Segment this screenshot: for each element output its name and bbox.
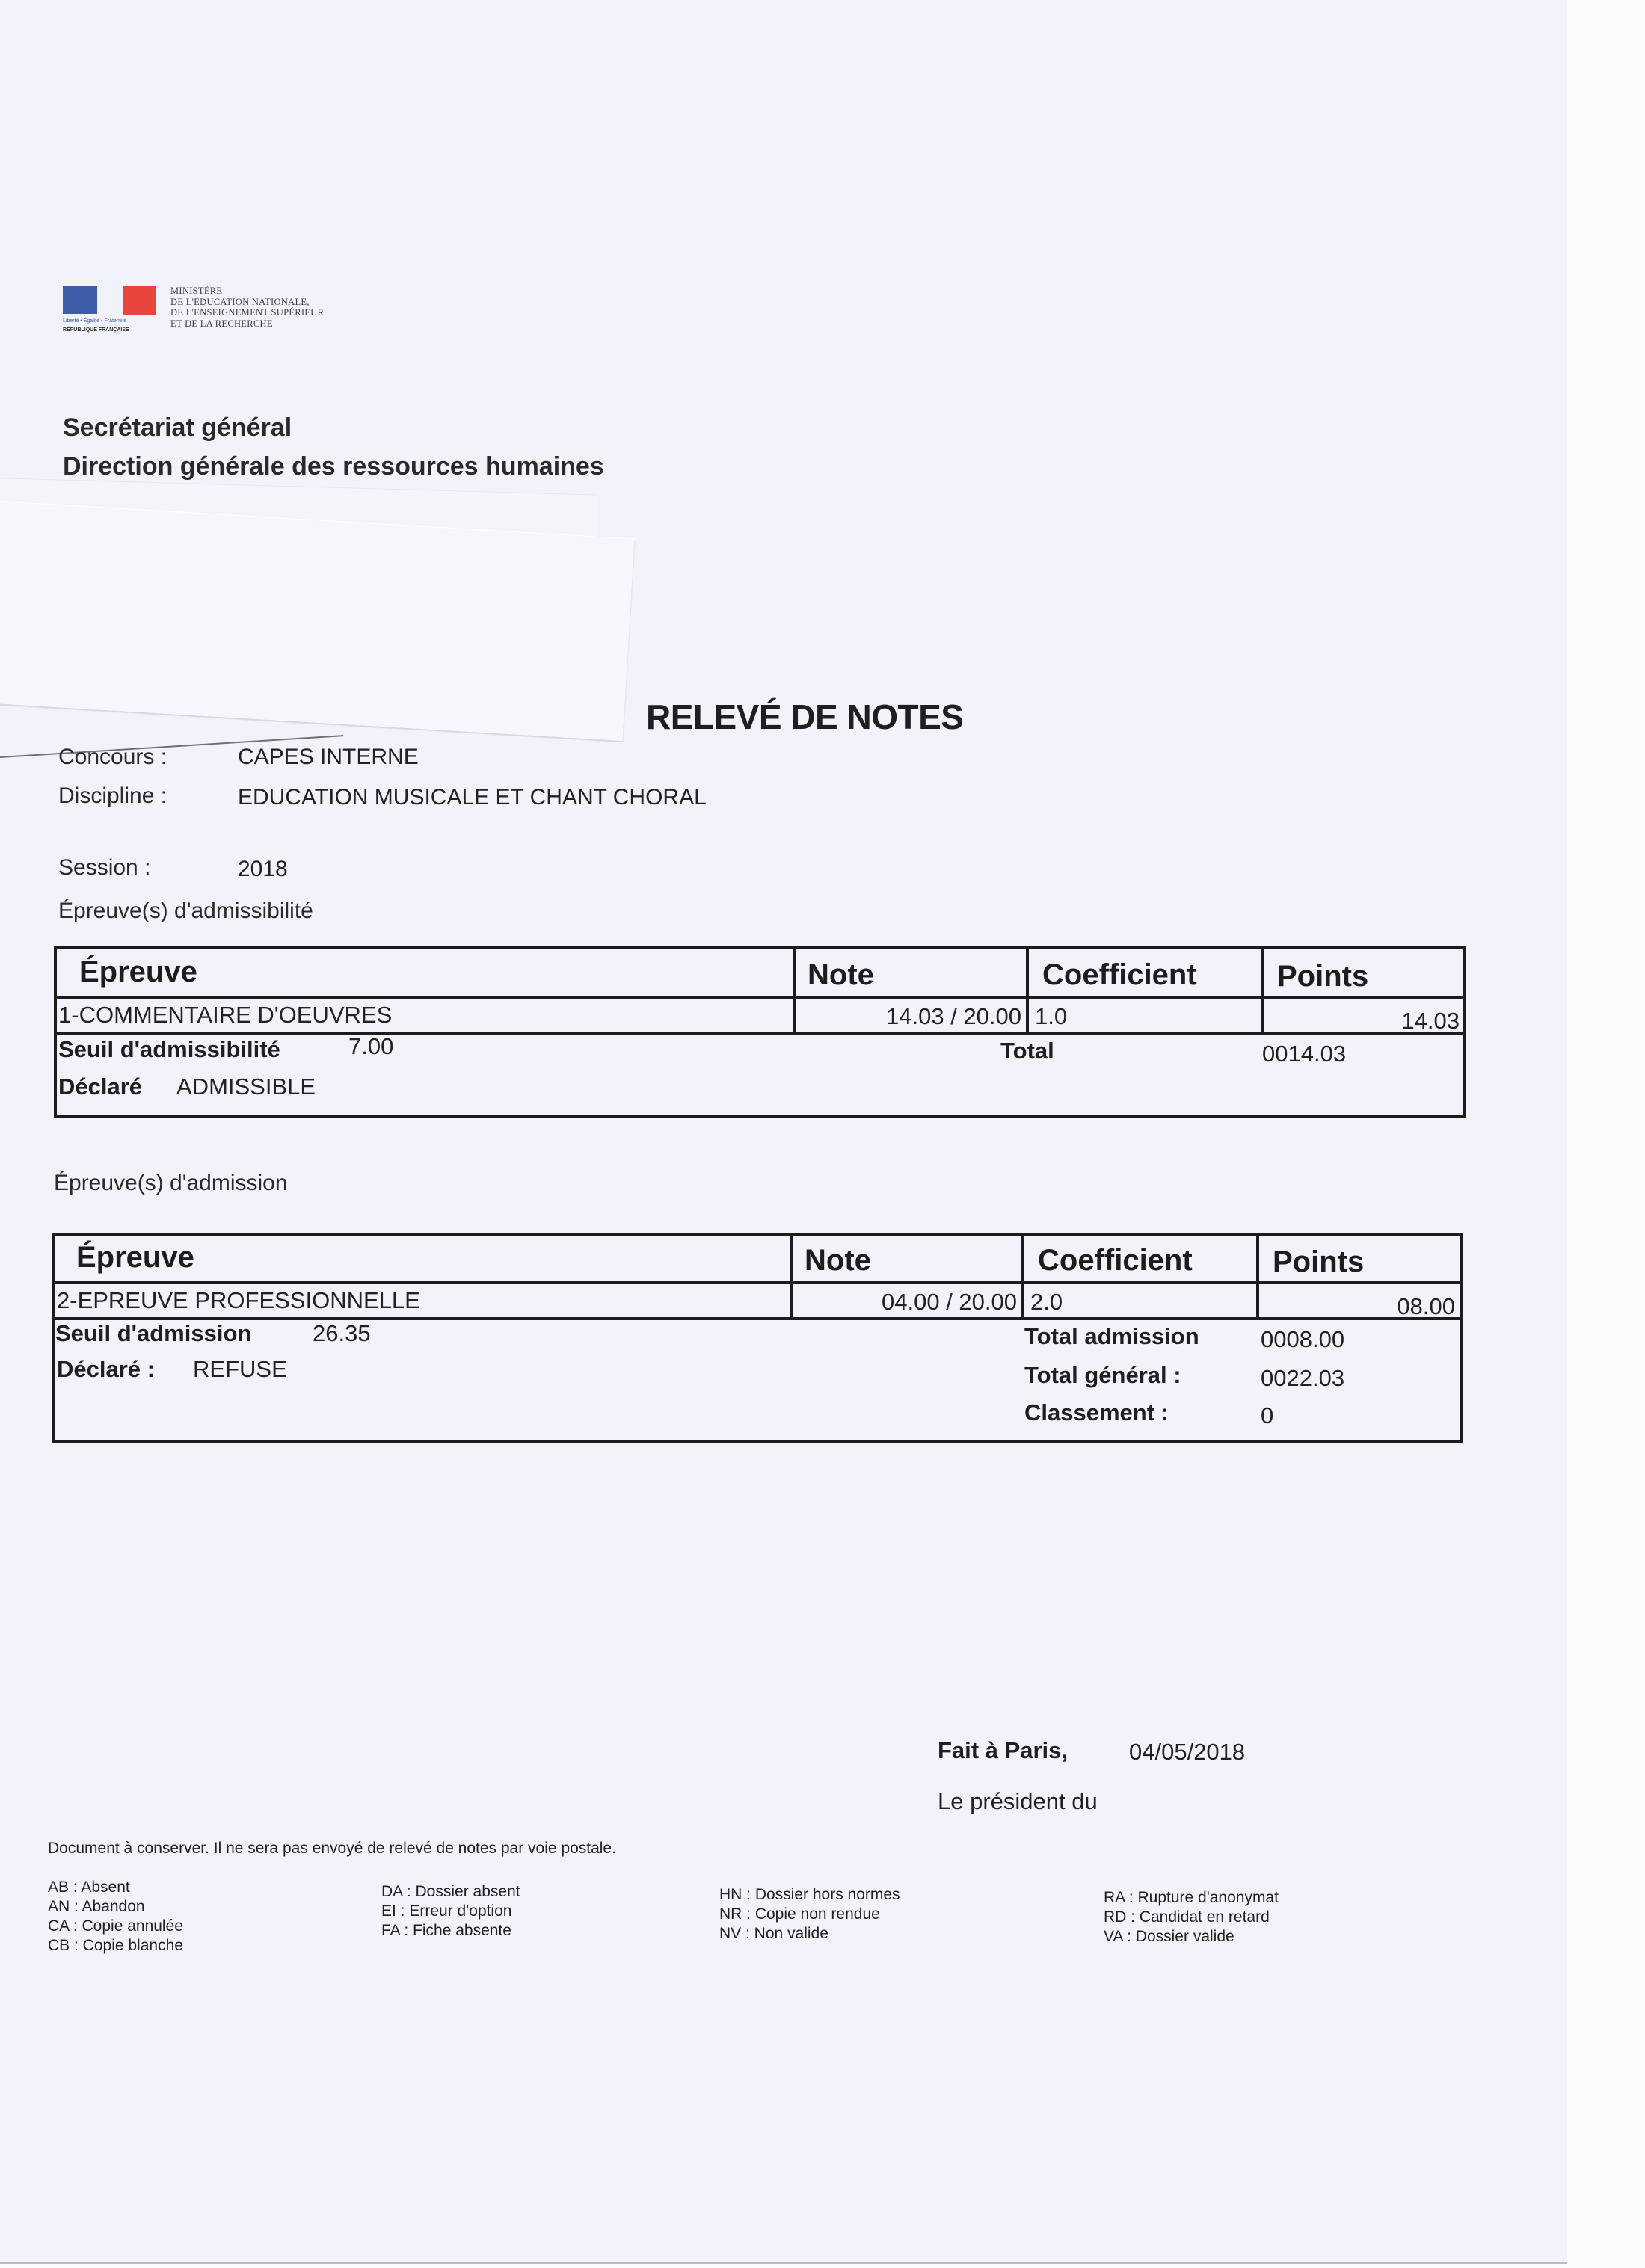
table-col-divider <box>1021 1236 1024 1317</box>
discipline-value: EDUCATION MUSICALE ET CHANT CHORAL <box>238 785 707 810</box>
header-note: Note <box>805 1244 871 1278</box>
cell-points: 14.03 <box>1264 1008 1460 1035</box>
declare-label: Déclaré : <box>57 1356 155 1383</box>
signatory: Le président du <box>938 1788 1098 1815</box>
seuil-label: Seuil d'admission <box>55 1320 251 1347</box>
session-value: 2018 <box>238 857 288 882</box>
legend-column-1: AB : Absent AN : Abandon CA : Copie annu… <box>48 1878 183 1956</box>
signature-date: 04/05/2018 <box>1129 1739 1245 1766</box>
table-divider <box>55 1281 1460 1284</box>
org-line-1: Secrétariat général <box>63 413 292 443</box>
fait-a-paris-label: Fait à Paris, <box>938 1737 1068 1764</box>
legend-item: VA : Dossier valide <box>1104 1927 1279 1947</box>
classement-value: 0 <box>1261 1402 1273 1429</box>
header-coefficient: Coefficient <box>1042 958 1197 992</box>
legend-column-4: RA : Rupture d'anonymat RD : Candidat en… <box>1104 1888 1279 1947</box>
page-bottom-edge <box>0 2262 1567 2264</box>
declare-value: ADMISSIBLE <box>176 1073 316 1100</box>
marianne-logo: Liberté • Égalité • Fraternité RÉPUBLIQU… <box>63 286 156 338</box>
cell-note: 04.00 / 20.00 <box>793 1289 1017 1316</box>
seuil-value: 7.00 <box>348 1033 393 1060</box>
total-admission-value: 0008.00 <box>1261 1326 1344 1353</box>
admissibilite-table: Épreuve Note Coefficient Points 1-COMMEN… <box>54 946 1466 1118</box>
seuil-value: 26.35 <box>313 1320 371 1347</box>
footer-notice: Document à conserver. Il ne sera pas env… <box>48 1839 616 1858</box>
header-points: Points <box>1277 960 1368 993</box>
legend-item: CB : Copie blanche <box>48 1936 183 1956</box>
ministry-name: MINISTÈRE DE L'ÉDUCATION NATIONALE, DE L… <box>170 286 324 329</box>
cell-points: 08.00 <box>1259 1293 1455 1320</box>
declare-label: Déclaré <box>58 1073 142 1100</box>
session-label: Session : <box>58 855 150 881</box>
cell-note: 14.03 / 20.00 <box>796 1003 1021 1030</box>
ministry-line: DE L'ENSEIGNEMENT SUPÉRIEUR <box>170 307 324 318</box>
header-note: Note <box>808 958 874 992</box>
header-epreuve: Épreuve <box>79 955 197 989</box>
classement-label: Classement : <box>1024 1399 1169 1426</box>
concours-label: Concours : <box>58 745 167 770</box>
cell-coefficient: 2.0 <box>1030 1289 1063 1316</box>
total-value: 0014.03 <box>1262 1041 1346 1067</box>
legend-item: AN : Abandon <box>48 1897 183 1917</box>
page-title: RELEVÉ DE NOTES <box>646 697 963 737</box>
cell-coefficient: 1.0 <box>1035 1003 1067 1030</box>
concours-value: CAPES INTERNE <box>238 745 419 770</box>
header-coefficient: Coefficient <box>1038 1244 1193 1278</box>
admission-section-title: Épreuve(s) d'admission <box>54 1171 288 1196</box>
legend-item: AB : Absent <box>48 1878 183 1897</box>
logo-motto: Liberté • Égalité • Fraternité <box>63 318 156 324</box>
legend-item: RD : Candidat en retard <box>1104 1908 1279 1927</box>
legend-item: EI : Erreur d'option <box>381 1902 520 1921</box>
seuil-label: Seuil d'admissibilité <box>58 1036 280 1063</box>
legend-item: NR : Copie non rendue <box>719 1905 900 1924</box>
header-epreuve: Épreuve <box>76 1241 194 1275</box>
cell-epreuve: 2-EPREUVE PROFESSIONNELLE <box>57 1287 420 1314</box>
flag-blue-block <box>63 286 97 314</box>
admission-table: Épreuve Note Coefficient Points 2-EPREUV… <box>52 1233 1463 1443</box>
ministry-line: ET DE LA RECHERCHE <box>170 318 324 330</box>
scanner-margin <box>1567 0 1645 2268</box>
legend-item: HN : Dossier hors normes <box>719 1885 900 1905</box>
declare-value: REFUSE <box>193 1356 287 1383</box>
table-divider <box>57 996 1463 999</box>
legend-item: NV : Non valide <box>719 1924 900 1944</box>
table-divider <box>55 1317 1460 1320</box>
legend-column-3: HN : Dossier hors normes NR : Copie non … <box>719 1885 900 1944</box>
legend-item: RA : Rupture d'anonymat <box>1104 1888 1279 1908</box>
ministry-line: DE L'ÉDUCATION NATIONALE, <box>170 297 324 308</box>
total-general-value: 0022.03 <box>1261 1365 1344 1392</box>
flag-red-block <box>123 286 156 315</box>
table-col-divider <box>1026 949 1029 1032</box>
table-divider <box>57 1032 1463 1035</box>
legend-item: FA : Fiche absente <box>381 1921 520 1941</box>
ministry-line: MINISTÈRE <box>170 286 324 297</box>
org-line-2: Direction générale des ressources humain… <box>63 452 604 481</box>
discipline-label: Discipline : <box>58 783 167 809</box>
total-admission-label: Total admission <box>1024 1323 1199 1350</box>
redaction-strip <box>0 501 635 741</box>
legend-item: CA : Copie annulée <box>48 1917 183 1936</box>
admissibilite-section-title: Épreuve(s) d'admissibilité <box>58 899 313 924</box>
total-label: Total <box>1000 1038 1054 1064</box>
cell-epreuve: 1-COMMENTAIRE D'OEUVRES <box>58 1002 392 1029</box>
logo-republic: RÉPUBLIQUE FRANÇAISE <box>63 327 156 333</box>
header-points: Points <box>1273 1245 1364 1279</box>
total-general-label: Total général : <box>1024 1362 1181 1389</box>
legend-column-2: DA : Dossier absent EI : Erreur d'option… <box>381 1882 520 1941</box>
legend-item: DA : Dossier absent <box>381 1882 520 1902</box>
